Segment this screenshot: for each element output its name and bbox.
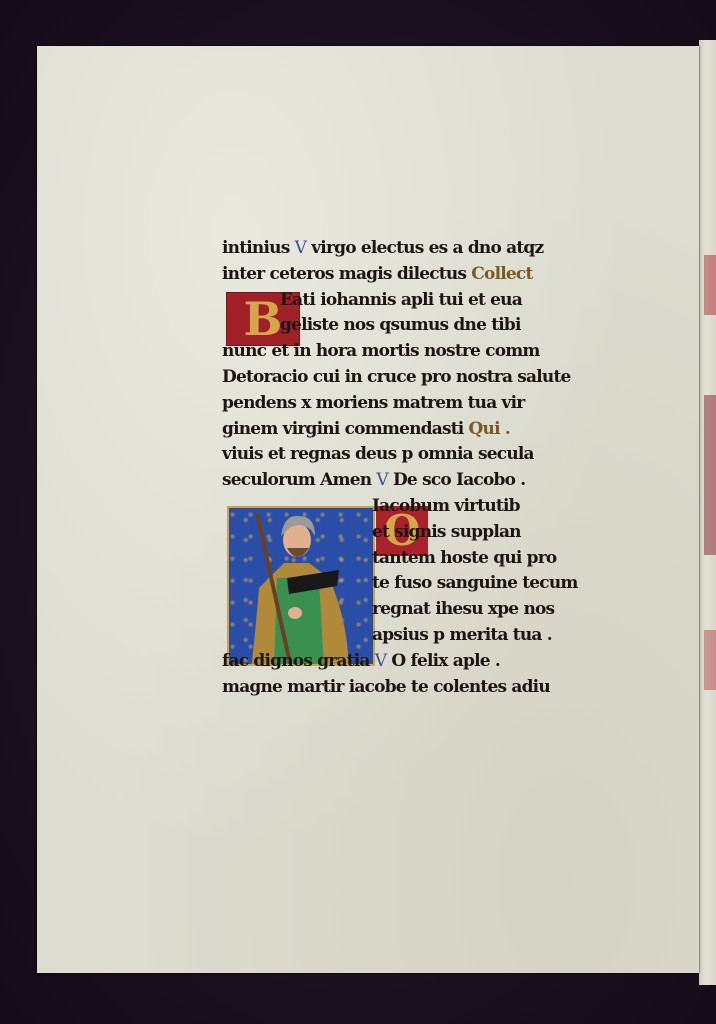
rubric-heading: Qui . (469, 419, 510, 439)
text-line-12: et signis supplan (222, 520, 617, 546)
line-text: intinius (222, 238, 295, 258)
line-text: regnat ihesu xpe nos (372, 599, 554, 619)
rubric-heading: Collect (471, 264, 532, 284)
line-text: Detoracio cui in cruce pro nostra salute (222, 367, 571, 387)
rubric-heading: O felix aple . (386, 651, 500, 671)
text-line-10: seculorum Amen V De sco Iacobo . (222, 468, 617, 494)
versicle-mark: V (376, 470, 387, 490)
text-line-18: magne martir iacobe te colentes adiu (222, 675, 617, 701)
rubric-heading: De sco Iacobo . (388, 470, 526, 490)
line-text: magne martir iacobe te colentes adiu (222, 677, 550, 697)
text-line-4: geliste nos qsumus dne tibi (222, 313, 617, 339)
text-column: intinius V virgo electus es a dno atqz i… (222, 236, 617, 700)
line-text: ginem virgini commendasti (222, 419, 469, 439)
text-line-3: Eati iohannis apli tui et eua (222, 288, 617, 314)
line-text: et signis supplan (372, 522, 521, 542)
text-line-2: inter ceteros magis dilectus Collect (222, 262, 617, 288)
line-text: virgo electus es a dno atqz (306, 238, 543, 258)
line-text: Iacobum virtutib (372, 496, 520, 516)
versicle-mark: V (375, 651, 386, 671)
text-line-6: Detoracio cui in cruce pro nostra salute (222, 365, 617, 391)
text-line-13: tantem hoste qui pro (222, 546, 617, 572)
text-line-15: regnat ihesu xpe nos (222, 597, 617, 623)
line-text: geliste nos qsumus dne tibi (280, 315, 521, 335)
line-text: pendens x moriens matrem tua vir (222, 393, 524, 413)
text-line-16: apsius p merita tua . (222, 623, 617, 649)
line-text: fac dignos gratia (222, 651, 375, 671)
line-text: tantem hoste qui pro (372, 548, 556, 568)
line-text: Eati iohannis apli tui et eua (280, 290, 522, 310)
adjacent-leaf-initial (704, 255, 716, 315)
text-line-1: intinius V virgo electus es a dno atqz (222, 236, 617, 262)
text-line-11: Iacobum virtutib (222, 494, 617, 520)
line-text: inter ceteros magis dilectus (222, 264, 471, 284)
line-text: te fuso sanguine tecum (372, 573, 578, 593)
adjacent-leaf-initial-2 (704, 630, 716, 690)
versicle-mark: V (295, 238, 306, 258)
text-line-17: fac dignos gratia V O felix aple . (222, 649, 617, 675)
text-line-9: viuis et regnas deus p omnia secula (222, 442, 617, 468)
text-line-5: nunc et in hora mortis nostre comm (222, 339, 617, 365)
adjacent-leaf-miniature (704, 395, 716, 555)
line-text: apsius p merita tua . (372, 625, 552, 645)
line-text: nunc et in hora mortis nostre comm (222, 341, 540, 361)
line-text: viuis et regnas deus p omnia secula (222, 444, 534, 464)
line-text: seculorum Amen (222, 470, 376, 490)
text-line-8: ginem virgini commendasti Qui . (222, 417, 617, 443)
text-line-7: pendens x moriens matrem tua vir (222, 391, 617, 417)
text-line-14: te fuso sanguine tecum (222, 571, 617, 597)
